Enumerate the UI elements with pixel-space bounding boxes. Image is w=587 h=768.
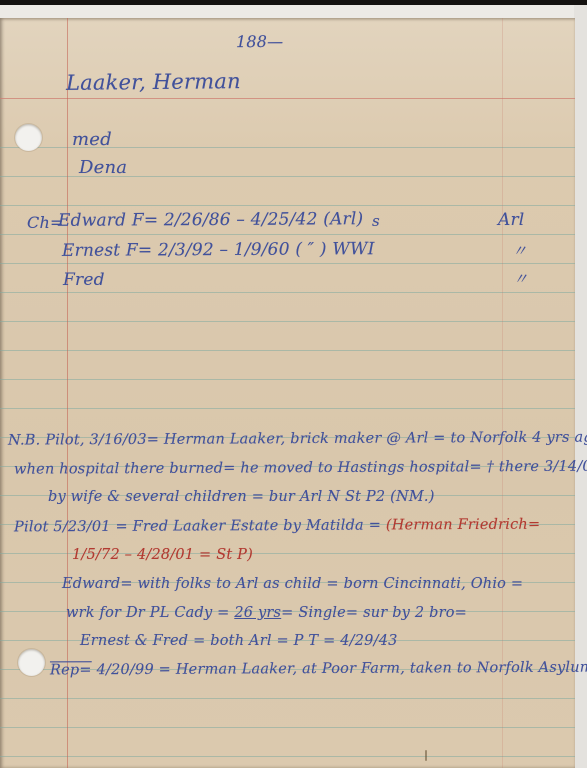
note-rep1899: Rep= 4/20/99 = Herman Laaker, at Poor Fa… bbox=[50, 660, 587, 679]
note-rep1899-text: 4/20/99 = Herman Laaker, at Poor Farm, t… bbox=[92, 660, 587, 679]
header-rule-red bbox=[0, 98, 575, 99]
note-edward-line2-pre: wrk for Dr PL Cady = bbox=[66, 605, 234, 621]
child-row-edward-mark: s bbox=[372, 212, 380, 230]
note-pilot1903-line3: by wife & several children = bur Arl N S… bbox=[48, 489, 435, 505]
right-margin-line bbox=[502, 18, 503, 768]
note-rep1899-label: Rep= bbox=[50, 662, 92, 678]
child-row-ernest-ditto: 〃 bbox=[512, 240, 527, 261]
note-edward-line2-years: 26 yrs bbox=[234, 605, 281, 621]
scanner-background-right bbox=[574, 5, 587, 768]
note-edward-line2: wrk for Dr PL Cady = 26 yrs= Single= sur… bbox=[66, 605, 467, 621]
surname-heading: Laaker, Herman bbox=[66, 69, 241, 95]
scanned-page: 188— Laaker, Herman med Dena Ch= Edward … bbox=[0, 0, 587, 768]
note-pilot1901-red-dates: 1/5/72 – 4/28/01 = St P) bbox=[72, 547, 253, 563]
child-row-edward-right: Arl bbox=[498, 210, 524, 230]
child-row-fred-ditto: 〃 bbox=[513, 268, 528, 289]
note-dena: Dena bbox=[79, 157, 127, 178]
note-pilot1901-blue: Pilot 5/23/01 = Fred Laaker Estate by Ma… bbox=[14, 517, 386, 535]
margin-line-red bbox=[67, 18, 68, 768]
child-row-ernest: Ernest F= 2/3/92 – 1/9/60 ( ″ ) WWI bbox=[62, 239, 375, 261]
paper-speck bbox=[425, 750, 427, 761]
note-edward-line3: Ernest & Fred = both Arl = P T = 4/29/43 bbox=[80, 633, 398, 649]
note-pilot1903-line2: when hospital there burned= he moved to … bbox=[14, 458, 587, 477]
note-pilot1901-red: (Herman Friedrich= bbox=[386, 517, 541, 534]
note-pilot1903-line1: N.B. Pilot, 3/16/03= Herman Laaker, bric… bbox=[8, 429, 587, 448]
punch-hole-bottom bbox=[18, 649, 45, 676]
child-row-fred: Fred bbox=[63, 270, 105, 290]
note-pilot1901-line: Pilot 5/23/01 = Fred Laaker Estate by Ma… bbox=[14, 517, 540, 536]
scanner-background-top bbox=[0, 5, 587, 19]
note-edward-line1: Edward= with folks to Arl as child = bor… bbox=[62, 576, 523, 592]
child-row-edward: Edward F= 2/26/86 – 4/25/42 (Arl) bbox=[58, 209, 363, 231]
page-number: 188— bbox=[236, 32, 283, 51]
note-med: med bbox=[72, 129, 112, 150]
punch-hole-top bbox=[15, 124, 42, 151]
note-edward-line2-post: = Single= sur by 2 bro= bbox=[281, 605, 467, 621]
ledger-paper: 188— Laaker, Herman med Dena Ch= Edward … bbox=[0, 18, 575, 768]
